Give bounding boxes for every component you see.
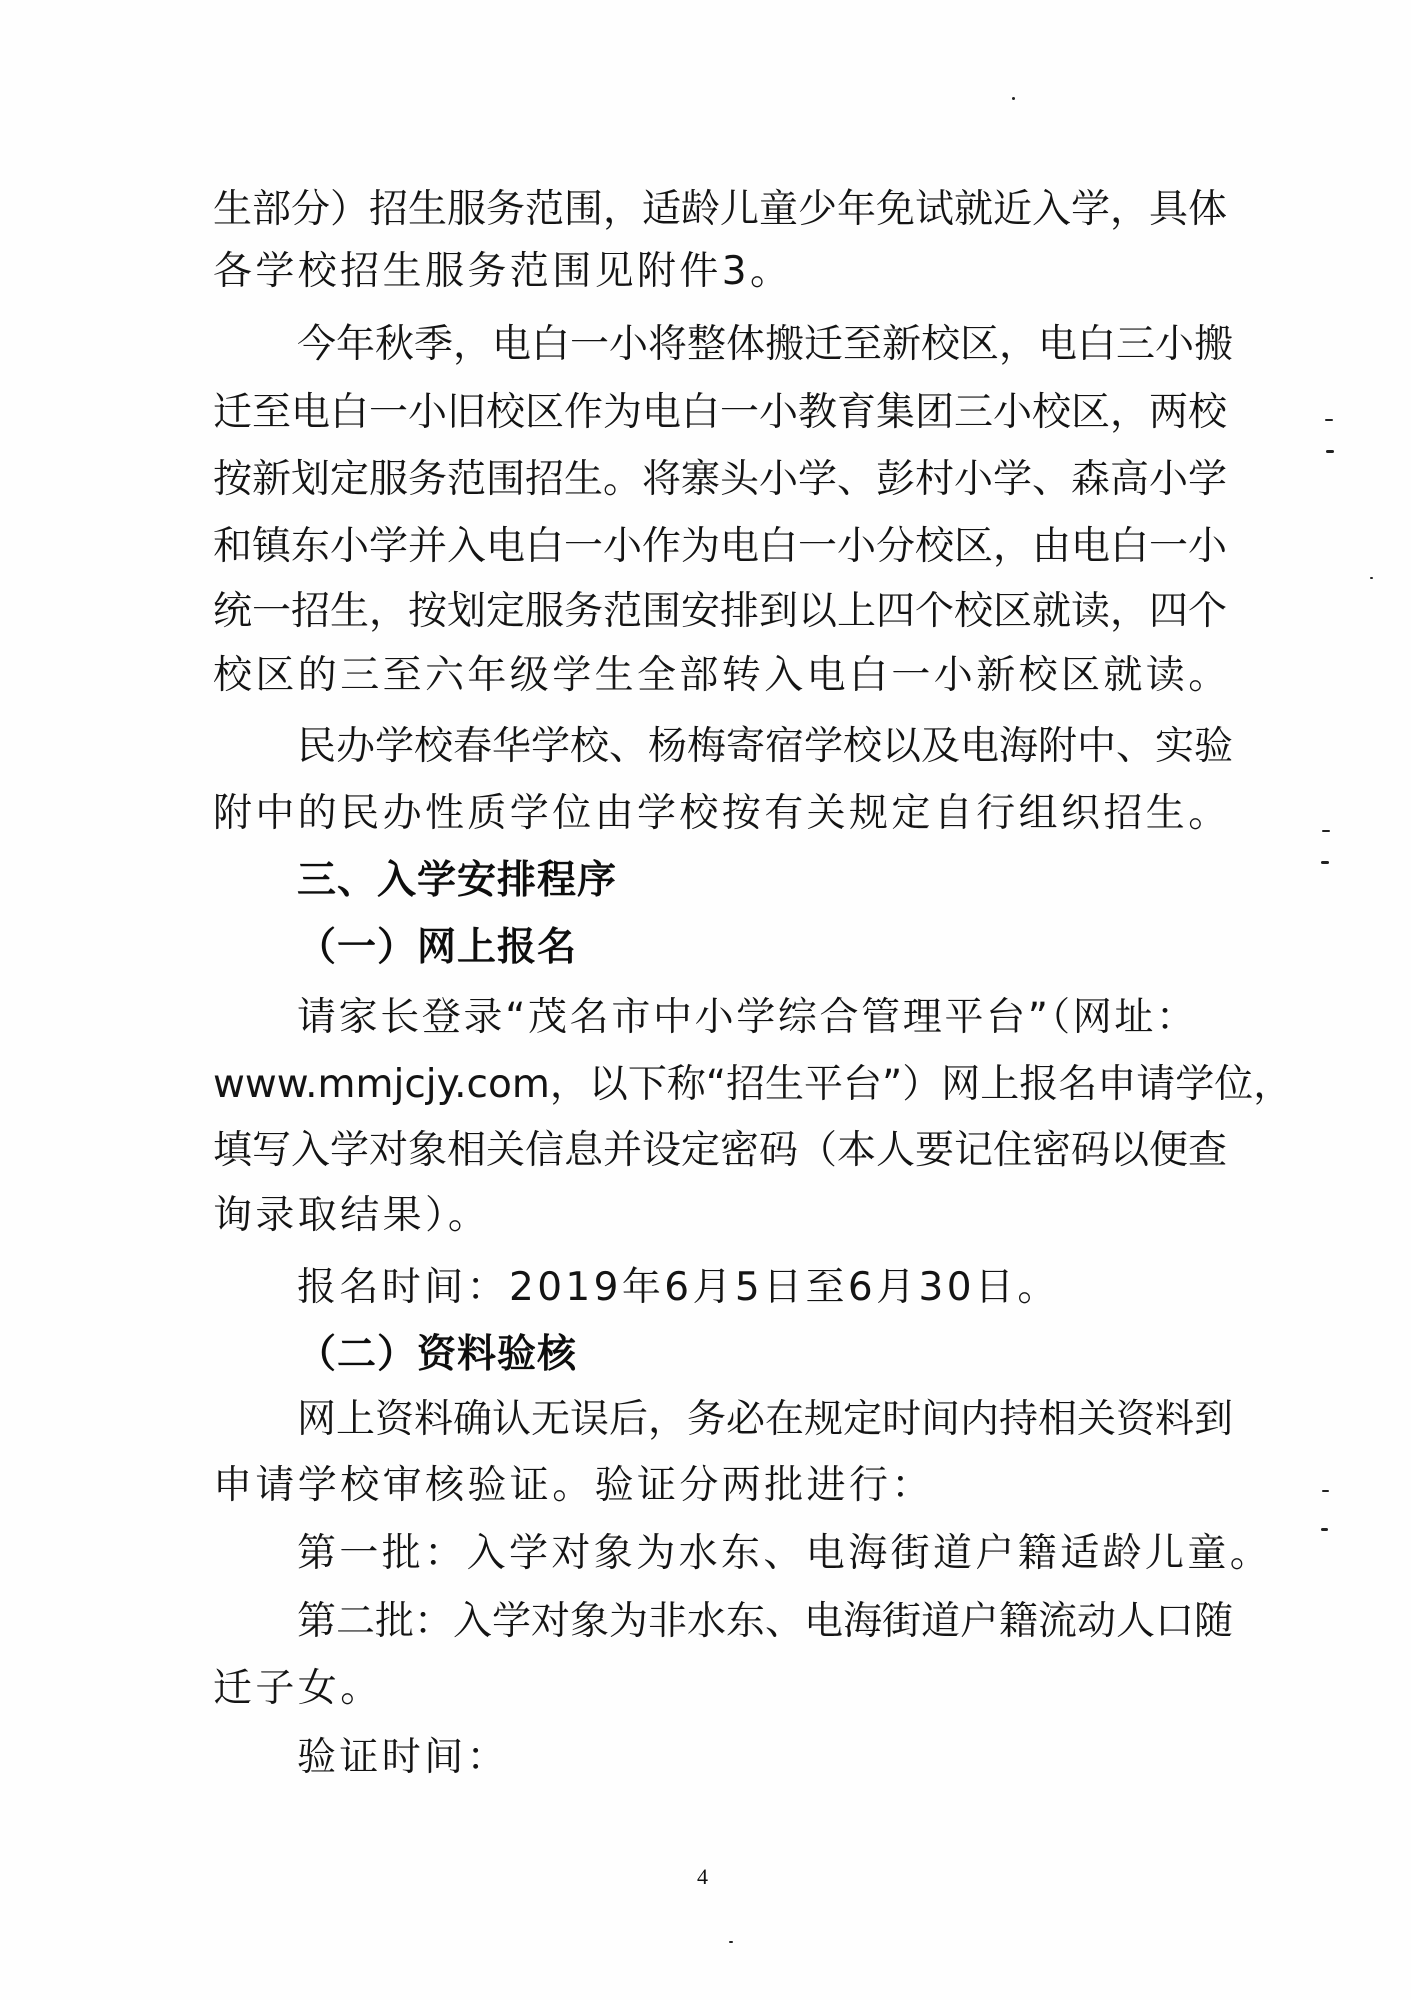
body-line: 填写入学对象相关信息并设定密码（本人要记住密码以便查 [213, 1126, 1195, 1176]
body-line: 迁至电白一小旧校区作为电白一小教育集团三小校区，两校 [213, 388, 1195, 438]
body-line: 统一招生，按划定服务范围安排到以上四个校区就读，四个 [213, 587, 1195, 637]
body-line: 各学校招生服务范围见附件3。 [213, 247, 1195, 297]
paragraph-line: 网上资料确认无误后，务必在规定时间内持相关资料到 [297, 1395, 1195, 1445]
body-line: 附中的民办性质学位由学校按有关规定自行组织招生。 [213, 789, 1195, 839]
subsection-heading: （一）网上报名 [297, 923, 1195, 973]
document-page: 生部分）招生服务范围，适龄儿童少年免试就近入学，具体 各学校招生服务范围见附件3… [0, 0, 1411, 2000]
body-line: 迁子女。 [213, 1664, 1195, 1714]
body-line: 询录取结果）。 [213, 1191, 1195, 1241]
section-heading: 三、入学安排程序 [297, 856, 1195, 906]
paragraph-line: 请家长登录“茂名市中小学综合管理平台”（网址： [297, 993, 1195, 1043]
scan-speck [1322, 1490, 1329, 1492]
scan-speck [1326, 450, 1334, 453]
body-line: 和镇东小学并入电白一小作为电白一小分校区，由电白一小 [213, 522, 1195, 572]
scan-speck [1325, 419, 1333, 421]
body-line: 校区的三至六年级学生全部转入电白一小新校区就读。 [213, 651, 1195, 701]
subsection-heading: （二）资料验核 [297, 1330, 1195, 1380]
body-line: 生部分）招生服务范围，适龄儿童少年免试就近入学，具体 [213, 185, 1195, 235]
paragraph-line: 今年秋季，电白一小将整体搬迁至新校区，电白三小搬 [297, 320, 1195, 370]
body-line: 按新划定服务范围招生。将寨头小学、彭村小学、森高小学 [213, 455, 1195, 505]
scan-speck [1012, 97, 1015, 100]
scan-speck [1321, 861, 1329, 864]
scan-speck [729, 1941, 733, 1943]
scan-speck [1321, 1528, 1328, 1531]
scan-speck [1370, 577, 1373, 579]
body-line: www.mmjcjy.com，以下称“招生平台”）网上报名申请学位， [213, 1060, 1195, 1110]
body-line: 申请学校审核验证。验证分两批进行： [213, 1461, 1195, 1511]
batch-two-line: 第二批：入学对象为非水东、电海街道户籍流动人口随 [297, 1597, 1195, 1647]
scan-speck [1322, 830, 1330, 832]
batch-one-line: 第一批：入学对象为水东、电海街道户籍适龄儿童。 [297, 1529, 1195, 1579]
verification-time-label: 验证时间： [297, 1733, 1195, 1783]
registration-time: 报名时间：2019年6月5日至6月30日。 [297, 1263, 1195, 1313]
paragraph-line: 民办学校春华学校、杨梅寄宿学校以及电海附中、实验 [297, 722, 1195, 772]
page-number: 4 [697, 1864, 708, 1890]
